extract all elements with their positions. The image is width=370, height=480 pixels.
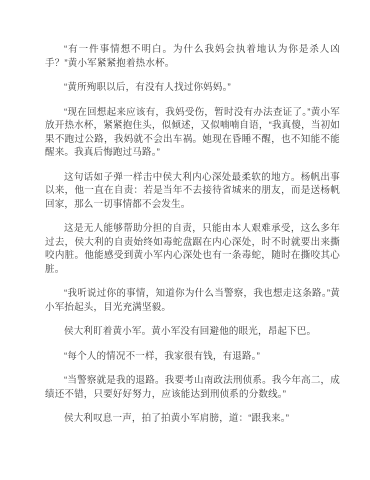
paragraph: “我听说过你的事情，知道你为什么当警察，我也想走这条路。”黄小军抬起头，目光充满…: [45, 287, 340, 314]
paragraph: 这是无人能够帮助分担的自责，只能由本人艰难承受，这么多年过去，侯大利的自责始终如…: [45, 222, 340, 276]
paragraph: “每个人的情况不一样，我家很有钱，有退路。”: [45, 350, 340, 364]
ebook-reader-page[interactable]: “有一件事情想不明白。为什么我妈会执着地认为你是杀人凶手？”黄小军紧紧抱着热水杯…: [0, 0, 370, 480]
paragraph: “黄所殉职以后，有没有人找过你妈妈。”: [45, 81, 340, 95]
paragraph: “现在回想起来应该有，我妈受伤，暂时没有办法查证了。”黄小军放开热水杯，紧紧抱住…: [45, 106, 340, 160]
paragraph: “有一件事情想不明白。为什么我妈会执着地认为你是杀人凶手？”黄小军紧紧抱着热水杯…: [45, 43, 340, 70]
paragraph: 侯大利叹息一声，拍了拍黄小军肩膀，道：“跟我来。”: [45, 412, 340, 426]
paragraph: 这句话如子弹一样击中侯大利内心深处最柔软的地方。杨帆出事以来，他一直在自责：若是…: [45, 171, 340, 212]
paragraph: 侯大利盯着黄小军。黄小军没有回避他的眼光，昂起下巴。: [45, 325, 340, 339]
paragraph: “当警察就是我的退路。我要考山南政法刑侦系。我今年高二，成绩还不错，只要好好努力…: [45, 374, 340, 401]
